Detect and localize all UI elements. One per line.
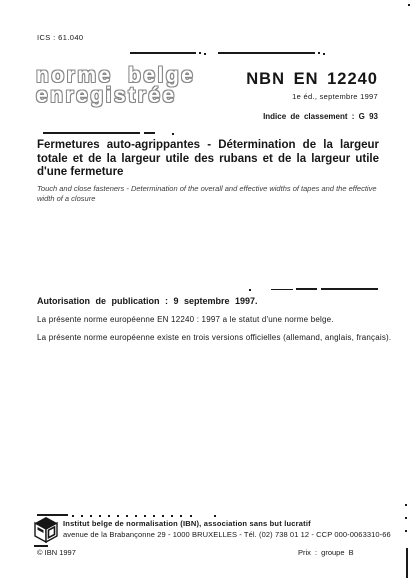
top-rule-right-dot — [323, 53, 325, 55]
title-rule-dash — [144, 132, 155, 134]
title-rule — [43, 132, 140, 134]
institute-name: Institut belge de normalisation (IBN), a… — [63, 519, 311, 528]
wordmark-line-1: norme belge — [36, 66, 195, 86]
footer-rule-dot — [190, 515, 192, 517]
top-rule-left-dot — [204, 53, 206, 55]
logo-underline — [34, 545, 48, 547]
top-rule-left-dot — [199, 52, 201, 54]
scan-artifact-dot — [408, 4, 410, 6]
copyright-notice: © IBN 1997 — [37, 548, 76, 557]
footer-rule-dots — [72, 515, 182, 517]
top-rule-left — [130, 52, 196, 54]
institute-address: avenue de la Brabançonne 29 - 1000 BRUXE… — [63, 530, 391, 539]
header-reference-block: NBN EN 12240 1e éd., septembre 1997 Indi… — [246, 70, 378, 121]
registered-standard-wordmark: norme belge enregistrée — [36, 66, 195, 106]
mid-rule-dot — [249, 289, 251, 291]
scan-artifact-dot — [405, 517, 407, 519]
ibn-cube-icon — [34, 517, 58, 543]
footer-rule — [37, 514, 68, 516]
top-rule-right-dot — [318, 52, 320, 54]
top-rule-right — [218, 52, 315, 54]
ibn-logo — [34, 517, 58, 543]
classification-index: Indice de classement : G 93 — [246, 112, 378, 121]
mid-rule-segment — [271, 289, 293, 290]
authorization-line: Autorisation de publication : 9 septembr… — [37, 296, 258, 306]
title-french: Fermetures auto-agrippantes - Déterminat… — [37, 139, 379, 180]
wordmark-line-2: enregistrée — [36, 86, 195, 106]
scan-artifact-dot — [405, 504, 407, 506]
standard-code: NBN EN 12240 — [246, 70, 378, 89]
footer-rule-dot — [214, 515, 216, 517]
edition-date: 1e éd., septembre 1997 — [246, 92, 378, 101]
title-rule-dot — [172, 133, 174, 135]
scan-artifact-line — [406, 548, 408, 578]
status-line: La présente norme européenne EN 12240 : … — [37, 315, 334, 324]
mid-rule-segment — [296, 288, 317, 290]
title-english: Touch and close fasteners - Determinatio… — [37, 184, 385, 204]
price-group: Prix : groupe B — [298, 548, 354, 557]
mid-rule-segment — [321, 288, 378, 290]
scan-artifact-dot — [405, 530, 407, 532]
ics-code: ICS : 61.040 — [37, 33, 84, 42]
versions-line: La présente norme européenne existe en t… — [37, 333, 391, 342]
standard-cover-page: ICS : 61.040 norme belge enregistrée NBN… — [0, 0, 413, 581]
